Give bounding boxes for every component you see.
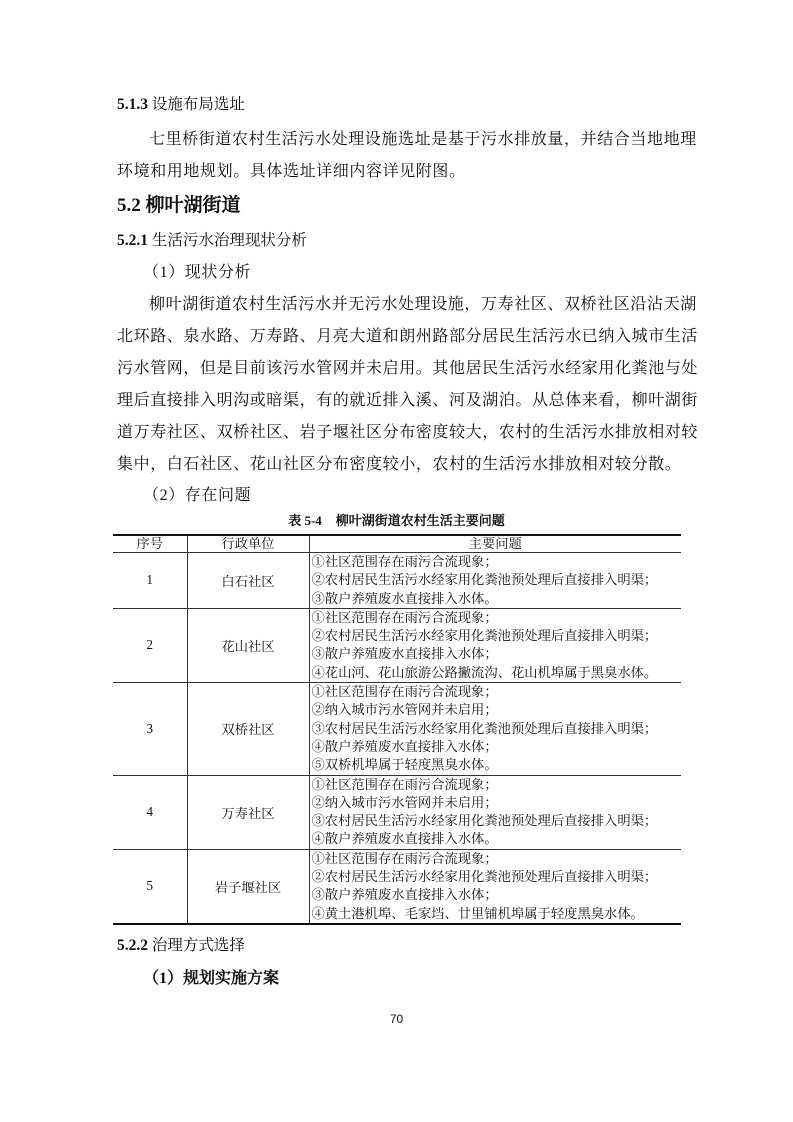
issue-item: ④散户养殖废水直接排入水体； [312, 738, 680, 756]
issue-item: ③散户养殖废水直接排入水体。 [312, 590, 680, 608]
paragraph-line: 环境和用地规划。具体选址详细内容详见附图。 [117, 158, 466, 181]
issue-item: ③农村居民生活污水经家用化粪池预处理后直接排入明渠； [312, 720, 680, 738]
page-number: 70 [0, 1012, 793, 1026]
cell-issues: ①社区范围存在雨污合流现象； ②农村居民生活污水经家用化粪池预处理后直接排入明渠… [309, 849, 681, 924]
paragraph-line: 道万寿社区、双桥社区、岩子堰社区分布密度较大，农村的生活污水排放相对较 [117, 419, 698, 442]
cell-issues: ①社区范围存在雨污合流现象； ②农村居民生活污水经家用化粪池预处理后直接排入明渠… [309, 608, 681, 682]
heading-number: 5.2 [117, 195, 141, 216]
cell-unit: 万寿社区 [187, 775, 309, 849]
heading-number: 5.2.2 [117, 937, 148, 954]
cell-no: 5 [113, 849, 187, 924]
issue-item: ④散户养殖废水直接排入水体。 [312, 830, 680, 848]
heading-title: 柳叶湖街道 [146, 195, 241, 216]
cell-unit: 白石社区 [187, 553, 309, 609]
column-header-unit: 行政单位 [187, 535, 309, 553]
heading-number: 5.2.1 [117, 232, 148, 249]
heading-title: 生活污水治理现状分析 [152, 232, 307, 249]
heading-title: 治理方式选择 [152, 937, 245, 954]
column-header-no: 序号 [113, 535, 187, 553]
cell-no: 4 [113, 775, 187, 849]
subheading-existing-problems: （2）存在问题 [143, 482, 251, 505]
column-header-issues: 主要问题 [309, 535, 681, 553]
table-header-row: 序号 行政单位 主要问题 [113, 535, 681, 553]
paragraph-line: 集中，白石社区、花山社区分布密度较小，农村的生活污水排放相对较分散。 [117, 451, 681, 474]
issue-item: ⑤双桥机埠属于轻度黑臭水体。 [312, 756, 680, 774]
issue-item: ②纳入城市污水管网并未启用； [312, 701, 680, 719]
cell-issues: ①社区范围存在雨污合流现象； ②农村居民生活污水经家用化粪池预处理后直接排入明渠… [309, 553, 681, 609]
issue-item: ②农村居民生活污水经家用化粪池预处理后直接排入明渠； [312, 627, 680, 645]
issue-item: ④花山河、花山旅游公路撇流沟、花山机埠属于黑臭水体。 [312, 664, 680, 682]
issue-item: ①社区范围存在雨污合流现象； [312, 553, 680, 571]
issue-item: ②纳入城市污水管网并未启用； [312, 794, 680, 812]
paragraph-line: 污水管网，但是目前该污水管网并未启用。其他居民生活污水经家用化粪池与处 [117, 355, 698, 378]
heading-5-2: 5.2 柳叶湖街道 [117, 190, 241, 217]
heading-title: 设施布局选址 [152, 96, 245, 113]
heading-number: 5.1.3 [117, 96, 148, 113]
cell-unit: 双桥社区 [187, 683, 309, 775]
table-row: 5 岩子堰社区 ①社区范围存在雨污合流现象； ②农村居民生活污水经家用化粪池预处… [113, 849, 681, 924]
table-row: 2 花山社区 ①社区范围存在雨污合流现象； ②农村居民生活污水经家用化粪池预处理… [113, 608, 681, 682]
issue-item: ④黄土港机埠、毛家垱、廿里铺机埠属于轻度黑臭水体。 [312, 905, 680, 923]
cell-issues: ①社区范围存在雨污合流现象； ②纳入城市污水管网并未启用； ③农村居民生活污水经… [309, 683, 681, 775]
issue-item: ①社区范围存在雨污合流现象； [312, 776, 680, 794]
issue-item: ③散户养殖废水直接排入水体； [312, 645, 680, 663]
table-row: 4 万寿社区 ①社区范围存在雨污合流现象； ②纳入城市污水管网并未启用； ③农村… [113, 775, 681, 849]
issue-item: ②农村居民生活污水经家用化粪池预处理后直接排入明渠； [312, 868, 680, 886]
paragraph-line: 理后直接排入明沟或暗渠，有的就近排入溪、河及湖泊。从总体来看，柳叶湖街 [117, 387, 698, 410]
table-caption-label: 表 5-4 [288, 513, 322, 528]
cell-issues: ①社区范围存在雨污合流现象； ②纳入城市污水管网并未启用； ③农村居民生活污水经… [309, 775, 681, 849]
heading-5-1-3: 5.1.3 设施布局选址 [117, 92, 245, 114]
cell-unit: 花山社区 [187, 608, 309, 682]
subheading-current-analysis: （1）现状分析 [143, 259, 251, 282]
heading-5-2-1: 5.2.1 生活污水治理现状分析 [117, 228, 307, 250]
table-row: 1 白石社区 ①社区范围存在雨污合流现象； ②农村居民生活污水经家用化粪池预处理… [113, 553, 681, 609]
issue-item: ③农村居民生活污水经家用化粪池预处理后直接排入明渠； [312, 812, 680, 830]
cell-no: 3 [113, 683, 187, 775]
table-caption-title: 柳叶湖街道农村生活主要问题 [336, 513, 505, 528]
paragraph-line: 北环路、泉水路、万寿路、月亮大道和朗州路部分居民生活污水已纳入城市生活 [117, 323, 698, 346]
issue-item: ③散户养殖废水直接排入水体； [312, 886, 680, 904]
paragraph-line: 柳叶湖街道农村生活污水并无污水处理设施，万寿社区、双桥社区沿沾天湖 [149, 291, 697, 314]
problems-table: 序号 行政单位 主要问题 1 白石社区 ①社区范围存在雨污合流现象； ②农村居民… [113, 534, 681, 925]
table-row: 3 双桥社区 ①社区范围存在雨污合流现象； ②纳入城市污水管网并未启用； ③农村… [113, 683, 681, 775]
cell-no: 1 [113, 553, 187, 609]
table-caption: 表 5-4柳叶湖街道农村生活主要问题 [0, 510, 793, 529]
issue-item: ①社区范围存在雨污合流现象； [312, 850, 680, 868]
cell-no: 2 [113, 608, 187, 682]
issue-item: ①社区范围存在雨污合流现象； [312, 609, 680, 627]
cell-unit: 岩子堰社区 [187, 849, 309, 924]
paragraph-line: 七里桥街道农村生活污水处理设施选址是基于污水排放量，并结合当地地理 [149, 126, 697, 149]
subheading-implementation-plan: （1）规划实施方案 [143, 965, 279, 988]
issue-item: ②农村居民生活污水经家用化粪池预处理后直接排入明渠； [312, 571, 680, 589]
heading-5-2-2: 5.2.2 治理方式选择 [117, 933, 245, 955]
issue-item: ①社区范围存在雨污合流现象； [312, 683, 680, 701]
